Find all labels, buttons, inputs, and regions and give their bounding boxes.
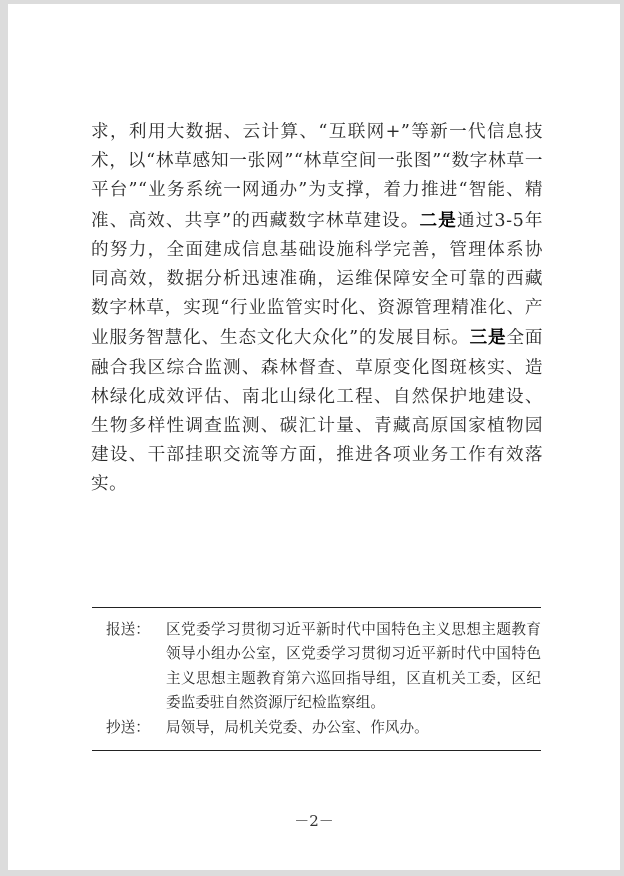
copy-to-row: 抄送： 局领导，局机关党委、办公室、作风办。	[92, 716, 541, 740]
document-page: 求，利用大数据、云计算、“互联网+”等新一代信息技术，以“林草感知一张网”“林草…	[8, 4, 620, 870]
report-to-recipients: 区党委学习贯彻习近平新时代中国特色主义思想主题教育领导小组办公室，区党委学习贯彻…	[166, 618, 541, 716]
point-two-label: 二是	[420, 210, 457, 231]
report-to-label: 报送：	[92, 618, 166, 716]
footer-top-rule	[92, 607, 541, 608]
copy-to-label: 抄送：	[92, 716, 166, 740]
body-text-segment-3: 全面融合我区综合监测、森林督查、草原变化图斑核实、造林绿化成效评估、南北山绿化工…	[91, 328, 543, 494]
report-to-row: 报送： 区党委学习贯彻习近平新时代中国特色主义思想主题教育领导小组办公室，区党委…	[92, 618, 541, 716]
footer-bottom-rule	[92, 750, 541, 751]
point-three-label: 三是	[470, 327, 507, 348]
page-number: －2－	[8, 810, 620, 831]
distribution-footer: 报送： 区党委学习贯彻习近平新时代中国特色主义思想主题教育领导小组办公室，区党委…	[92, 618, 541, 740]
copy-to-recipients: 局领导，局机关党委、办公室、作风办。	[166, 716, 541, 740]
body-paragraph: 求，利用大数据、云计算、“互联网+”等新一代信息技术，以“林草感知一张网”“林草…	[91, 118, 543, 500]
